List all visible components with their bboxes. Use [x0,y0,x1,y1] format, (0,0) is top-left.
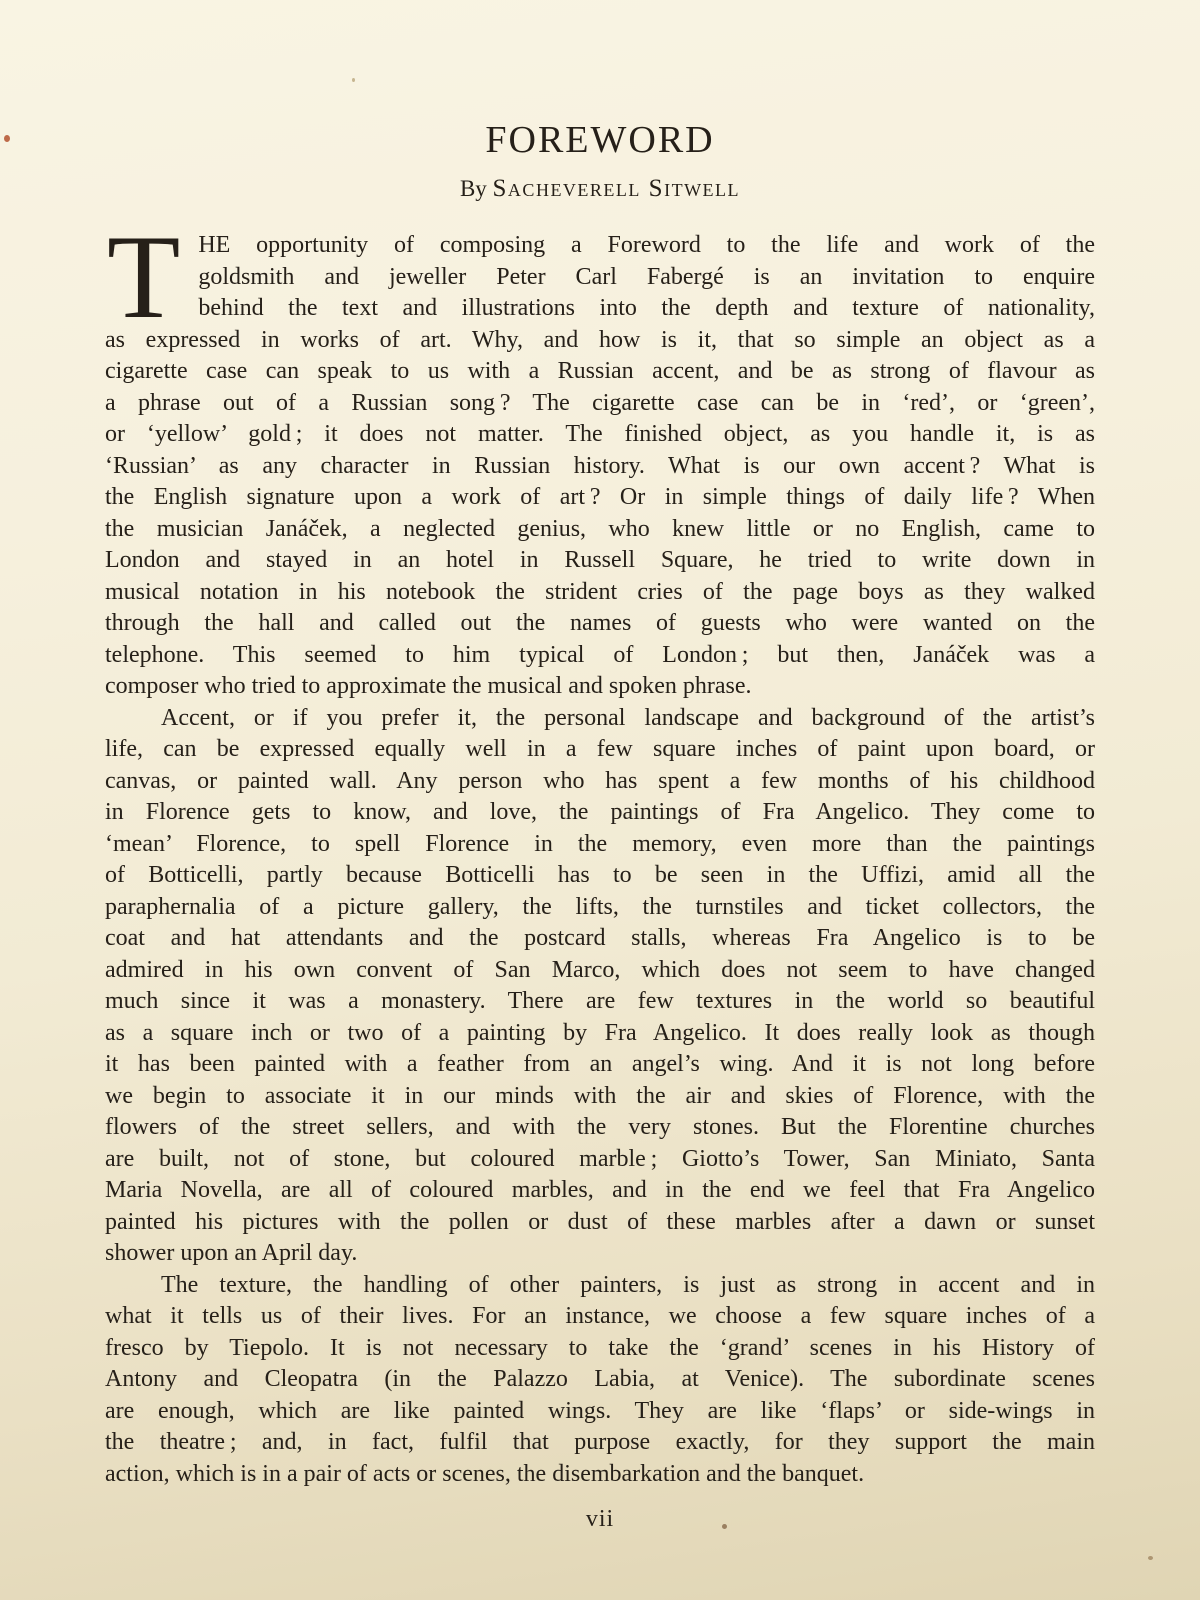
text-line: of Botticelli, partly because Botticelli… [105,860,1095,892]
paper-speck [722,1524,727,1529]
text-line: we begin to associate it in our minds wi… [105,1081,1095,1113]
text-line: behind the text and illustrations into t… [105,293,1095,325]
text-line: Maria Novella, are all of coloured marbl… [105,1175,1095,1207]
text-line: much since it was a monastery. There are… [105,986,1095,1018]
text-line: the theatre ; and, in fact, fulfil that … [105,1427,1095,1459]
text-line: fresco by Tiepolo. It is not necessary t… [105,1333,1095,1365]
text-line: as a square inch or two of a painting by… [105,1018,1095,1050]
text-line: flowers of the street sellers, and with … [105,1112,1095,1144]
text-line: what it tells us of their lives. For an … [105,1301,1095,1333]
text-line: the English signature upon a work of art… [105,482,1095,514]
text-line: ‘mean’ Florence, to spell Florence in th… [105,829,1095,861]
text-line: a phrase out of a Russian song ? The cig… [105,388,1095,420]
text-line: Antony and Cleopatra (in the Palazzo Lab… [105,1364,1095,1396]
text-line: canvas, or painted wall. Any person who … [105,766,1095,798]
text-line: life, can be expressed equally well in a… [105,734,1095,766]
text-line: Accent, or if you prefer it, the persona… [105,703,1095,735]
body-text: THE opportunity of composing a Foreword … [105,230,1095,1490]
text-line: the musician Janáček, a neglected genius… [105,514,1095,546]
page-number: vii [0,1506,1200,1533]
text-line: telephone. This seemed to him typical of… [105,640,1095,672]
paper-speck [352,78,355,82]
text-line: musical notation in his notebook the str… [105,577,1095,609]
text-line: shower upon an April day. [105,1238,1095,1270]
text-line: as expressed in works of art. Why, and h… [105,325,1095,357]
paper-speck [1148,1556,1153,1560]
book-page: FOREWORD By Sacheverell Sitwell THE oppo… [0,0,1200,1600]
text-line: goldsmith and jeweller Peter Carl Faberg… [105,262,1095,294]
text-line: composer who tried to approximate the mu… [105,671,1095,703]
text-line: London and stayed in an hotel in Russell… [105,545,1095,577]
text-line: The texture, the handling of other paint… [105,1270,1095,1302]
text-line: through the hall and called out the name… [105,608,1095,640]
text-line: coat and hat attendants and the postcard… [105,923,1095,955]
byline: By Sacheverell Sitwell [0,174,1200,204]
text-line: are enough, which are like painted wings… [105,1396,1095,1428]
text-line: painted his pictures with the pollen or … [105,1207,1095,1239]
paper-speck [4,135,10,142]
page-title: FOREWORD [0,118,1200,162]
drop-cap: T [107,230,180,323]
text-line: are built, not of stone, but coloured ma… [105,1144,1095,1176]
text-line: it has been painted with a feather from … [105,1049,1095,1081]
text-line: or ‘yellow’ gold ; it does not matter. T… [105,419,1095,451]
paper-speck [930,1312,934,1316]
paragraph: The texture, the handling of other paint… [105,1270,1095,1491]
text-line: paraphernalia of a picture gallery, the … [105,892,1095,924]
text-line: ‘Russian’ as any character in Russian hi… [105,451,1095,483]
text-line: cigarette case can speak to us with a Ru… [105,356,1095,388]
text-line: action, which is in a pair of acts or sc… [105,1459,1095,1491]
text-line: HE opportunity of composing a Foreword t… [105,230,1095,262]
byline-prefix: By [460,176,487,201]
paragraph: Accent, or if you prefer it, the persona… [105,703,1095,1270]
paragraph: THE opportunity of composing a Foreword … [105,230,1095,703]
byline-author: Sacheverell Sitwell [493,175,741,202]
text-line: admired in his own convent of San Marco,… [105,955,1095,987]
text-line: in Florence gets to know, and love, the … [105,797,1095,829]
